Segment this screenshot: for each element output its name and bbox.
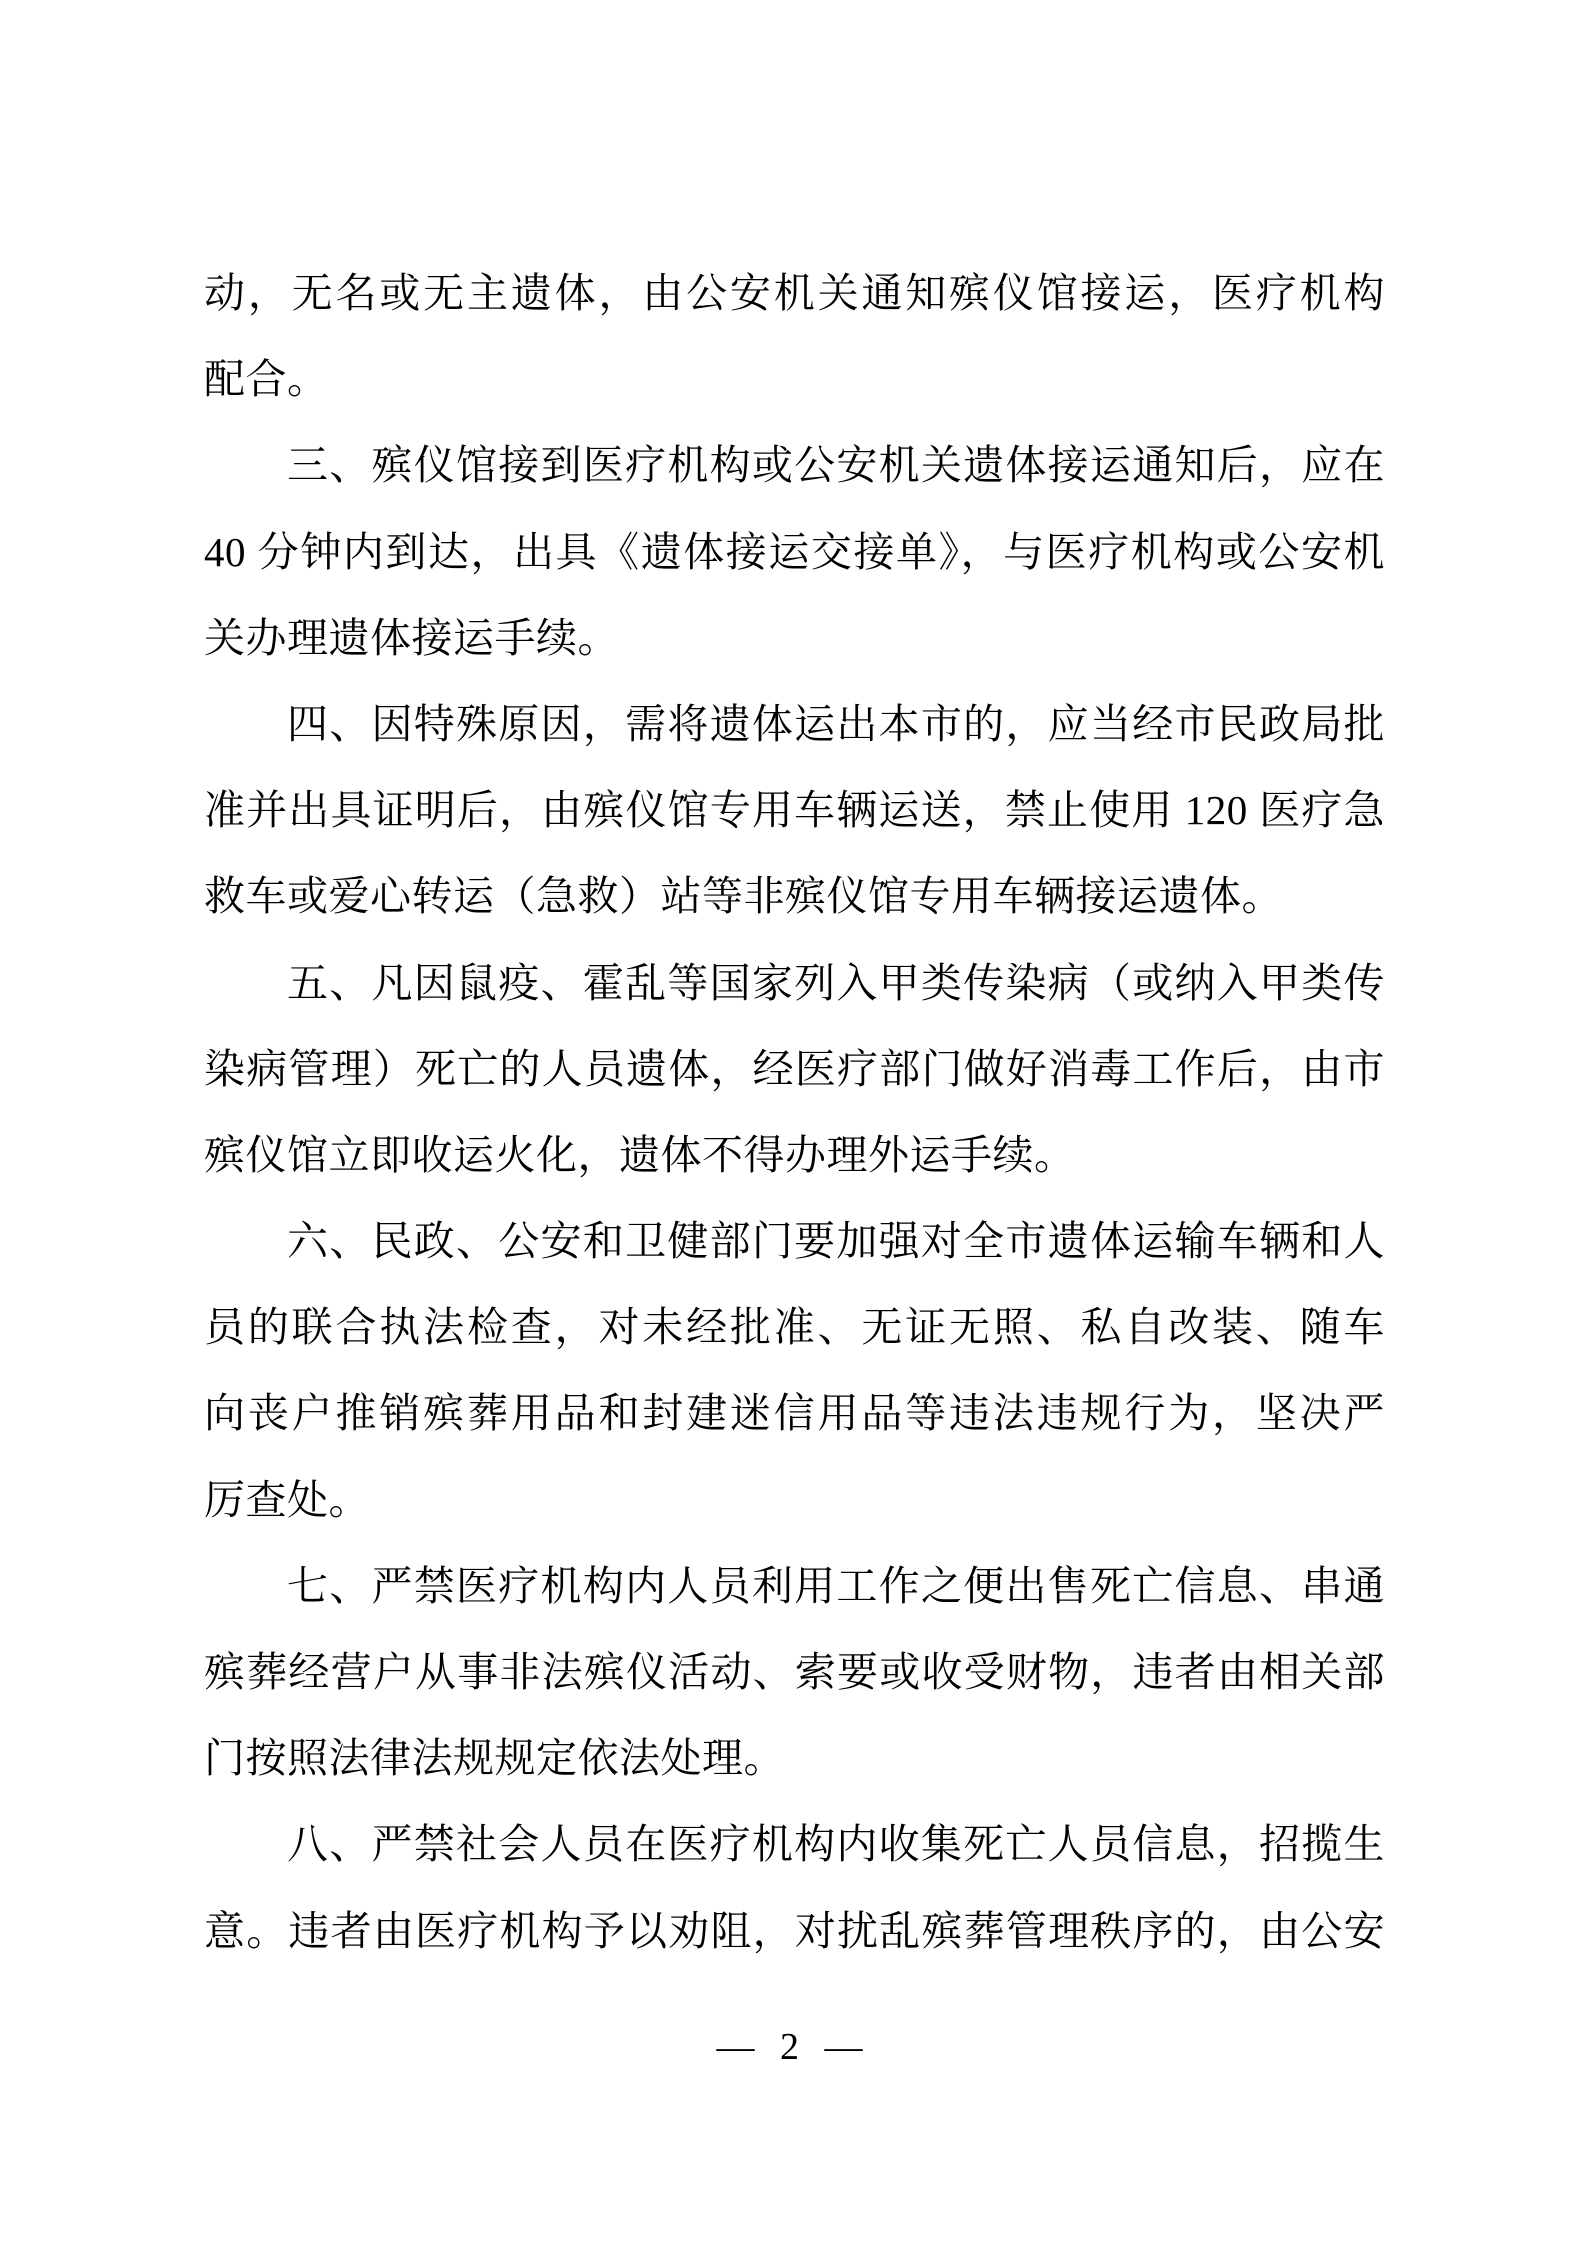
text-line: 厉查处。 <box>204 1457 1385 1543</box>
text-line: 40 分钟内到达，出具《遗体接运交接单》，与医疗机构或公安机 <box>204 509 1385 595</box>
text-line: 关办理遗体接运手续。 <box>204 595 1385 681</box>
text-line: 三、殡仪馆接到医疗机构或公安机关遗体接运通知后，应在 <box>204 422 1385 508</box>
text-line: 殡仪馆立即收运火化，遗体不得办理外运手续。 <box>204 1112 1385 1198</box>
page-number: — 2 — <box>717 2026 871 2068</box>
text-line: 四、因特殊原因，需将遗体运出本市的，应当经市民政局批 <box>204 681 1385 767</box>
text-line: 配合。 <box>204 336 1385 422</box>
text-line: 六、民政、公安和卫健部门要加强对全市遗体运输车辆和人 <box>204 1198 1385 1284</box>
text-line: 动，无名或无主遗体，由公安机关通知殡仪馆接运，医疗机构 <box>204 250 1385 336</box>
text-line: 八、严禁社会人员在医疗机构内收集死亡人员信息，招揽生 <box>204 1801 1385 1887</box>
text-line: 救车或爱心转运（急救）站等非殡仪馆专用车辆接运遗体。 <box>204 853 1385 939</box>
text-line: 七、严禁医疗机构内人员利用工作之便出售死亡信息、串通 <box>204 1543 1385 1629</box>
text-line: 殡葬经营户从事非法殡仪活动、索要或收受财物，违者由相关部 <box>204 1629 1385 1715</box>
text-line: 员的联合执法检查，对未经批准、无证无照、私自改装、随车 <box>204 1284 1385 1370</box>
page-footer: — 2 — <box>0 2024 1587 2070</box>
document-body: 动，无名或无主遗体，由公安机关通知殡仪馆接运，医疗机构配合。三、殡仪馆接到医疗机… <box>204 250 1385 1974</box>
text-line: 五、凡因鼠疫、霍乱等国家列入甲类传染病（或纳入甲类传 <box>204 940 1385 1026</box>
text-line: 向丧户推销殡葬用品和封建迷信用品等违法违规行为，坚决严 <box>204 1370 1385 1456</box>
text-line: 意。违者由医疗机构予以劝阻，对扰乱殡葬管理秩序的，由公安 <box>204 1888 1385 1974</box>
document-page: 动，无名或无主遗体，由公安机关通知殡仪馆接运，医疗机构配合。三、殡仪馆接到医疗机… <box>0 0 1587 2245</box>
text-line: 准并出具证明后，由殡仪馆专用车辆运送，禁止使用 120 医疗急 <box>204 767 1385 853</box>
text-line: 染病管理）死亡的人员遗体，经医疗部门做好消毒工作后，由市 <box>204 1026 1385 1112</box>
text-line: 门按照法律法规规定依法处理。 <box>204 1715 1385 1801</box>
